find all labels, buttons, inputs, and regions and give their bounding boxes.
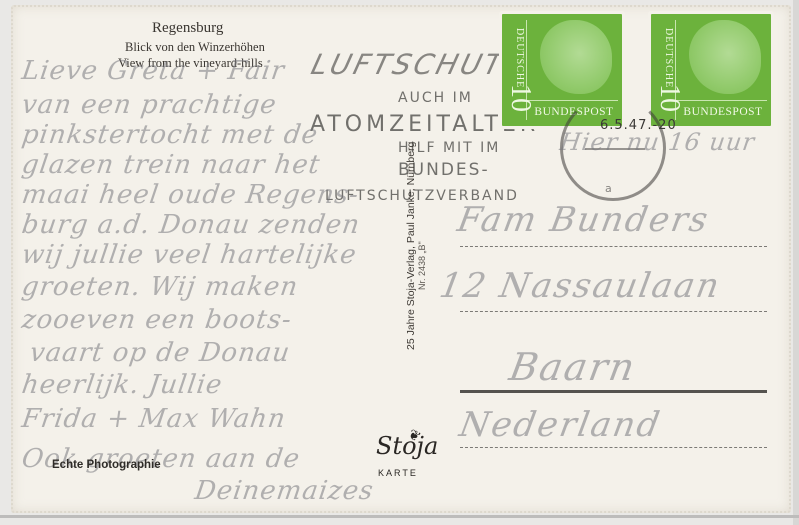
publisher-logo: ❦ Stoja KARTE: [374, 428, 424, 486]
address-rule-solid: [460, 390, 767, 393]
message-line: glazen trein naar het: [20, 150, 322, 180]
message-line: wij jullie veel hartelijke: [20, 240, 359, 270]
address-rule: [460, 246, 767, 247]
publisher-line-1: 25 Jahre Stoja-Verlag, Paul Janke, Nürnb…: [405, 142, 417, 350]
postmark-line-2: AUCH IM: [398, 90, 473, 106]
address-line-4: Nederland: [456, 405, 664, 445]
scan-bottom-edge: [0, 515, 799, 518]
message-line: Frida + Max Wahn: [20, 404, 288, 434]
address-rule: [460, 311, 767, 312]
postage-stamp: DEUTSCHE 10 BUNDESPOST: [651, 14, 771, 126]
logo-subtitle: KARTE: [378, 468, 418, 478]
portrait-icon: [689, 20, 761, 94]
message-line: van een prachtige: [20, 90, 279, 120]
publisher-line-2: Nr. 2438 „B": [417, 142, 427, 290]
cancellation-letter: a: [605, 182, 612, 195]
publisher-imprint: 25 Jahre Stoja-Verlag, Paul Janke, Nürnb…: [405, 142, 427, 350]
portrait-icon: [540, 20, 612, 94]
message-line: Lieve Greta + Fair: [20, 56, 287, 86]
message-line: Deinemaizes: [193, 476, 376, 506]
message-continuation: Hier nu 16 uur: [558, 128, 757, 156]
address-line-2: 12 Nassaulaan: [436, 266, 724, 306]
scan-edge: [793, 0, 799, 525]
message-line: heerlijk. Jullie: [20, 370, 225, 400]
logo-wordmark: Stoja: [376, 432, 438, 460]
postmark-line-1: LUFTSCHUTZ: [308, 48, 531, 81]
address-rule: [460, 447, 767, 448]
photo-label: Echte Photographie: [52, 459, 161, 471]
message-line: pinkstertocht met de: [20, 120, 320, 150]
address-line-3: Baarn: [506, 345, 640, 389]
message-line: burg a.d. Donau zenden: [20, 210, 362, 240]
caption-title: Regensburg: [152, 20, 223, 37]
caption-german: Blick von den Winzerhöhen: [125, 40, 265, 55]
message-line: zooeven een boots-: [20, 305, 294, 335]
message-line: maai heel oude Regens-: [20, 180, 361, 210]
stamp-frame-line: [675, 100, 767, 101]
message-line: groeten. Wij maken: [20, 272, 300, 302]
address-line-1: Fam Bunders: [454, 200, 712, 240]
stamp-issuer: BUNDESPOST: [677, 106, 769, 118]
message-line: vaart op de Donau: [28, 338, 292, 368]
